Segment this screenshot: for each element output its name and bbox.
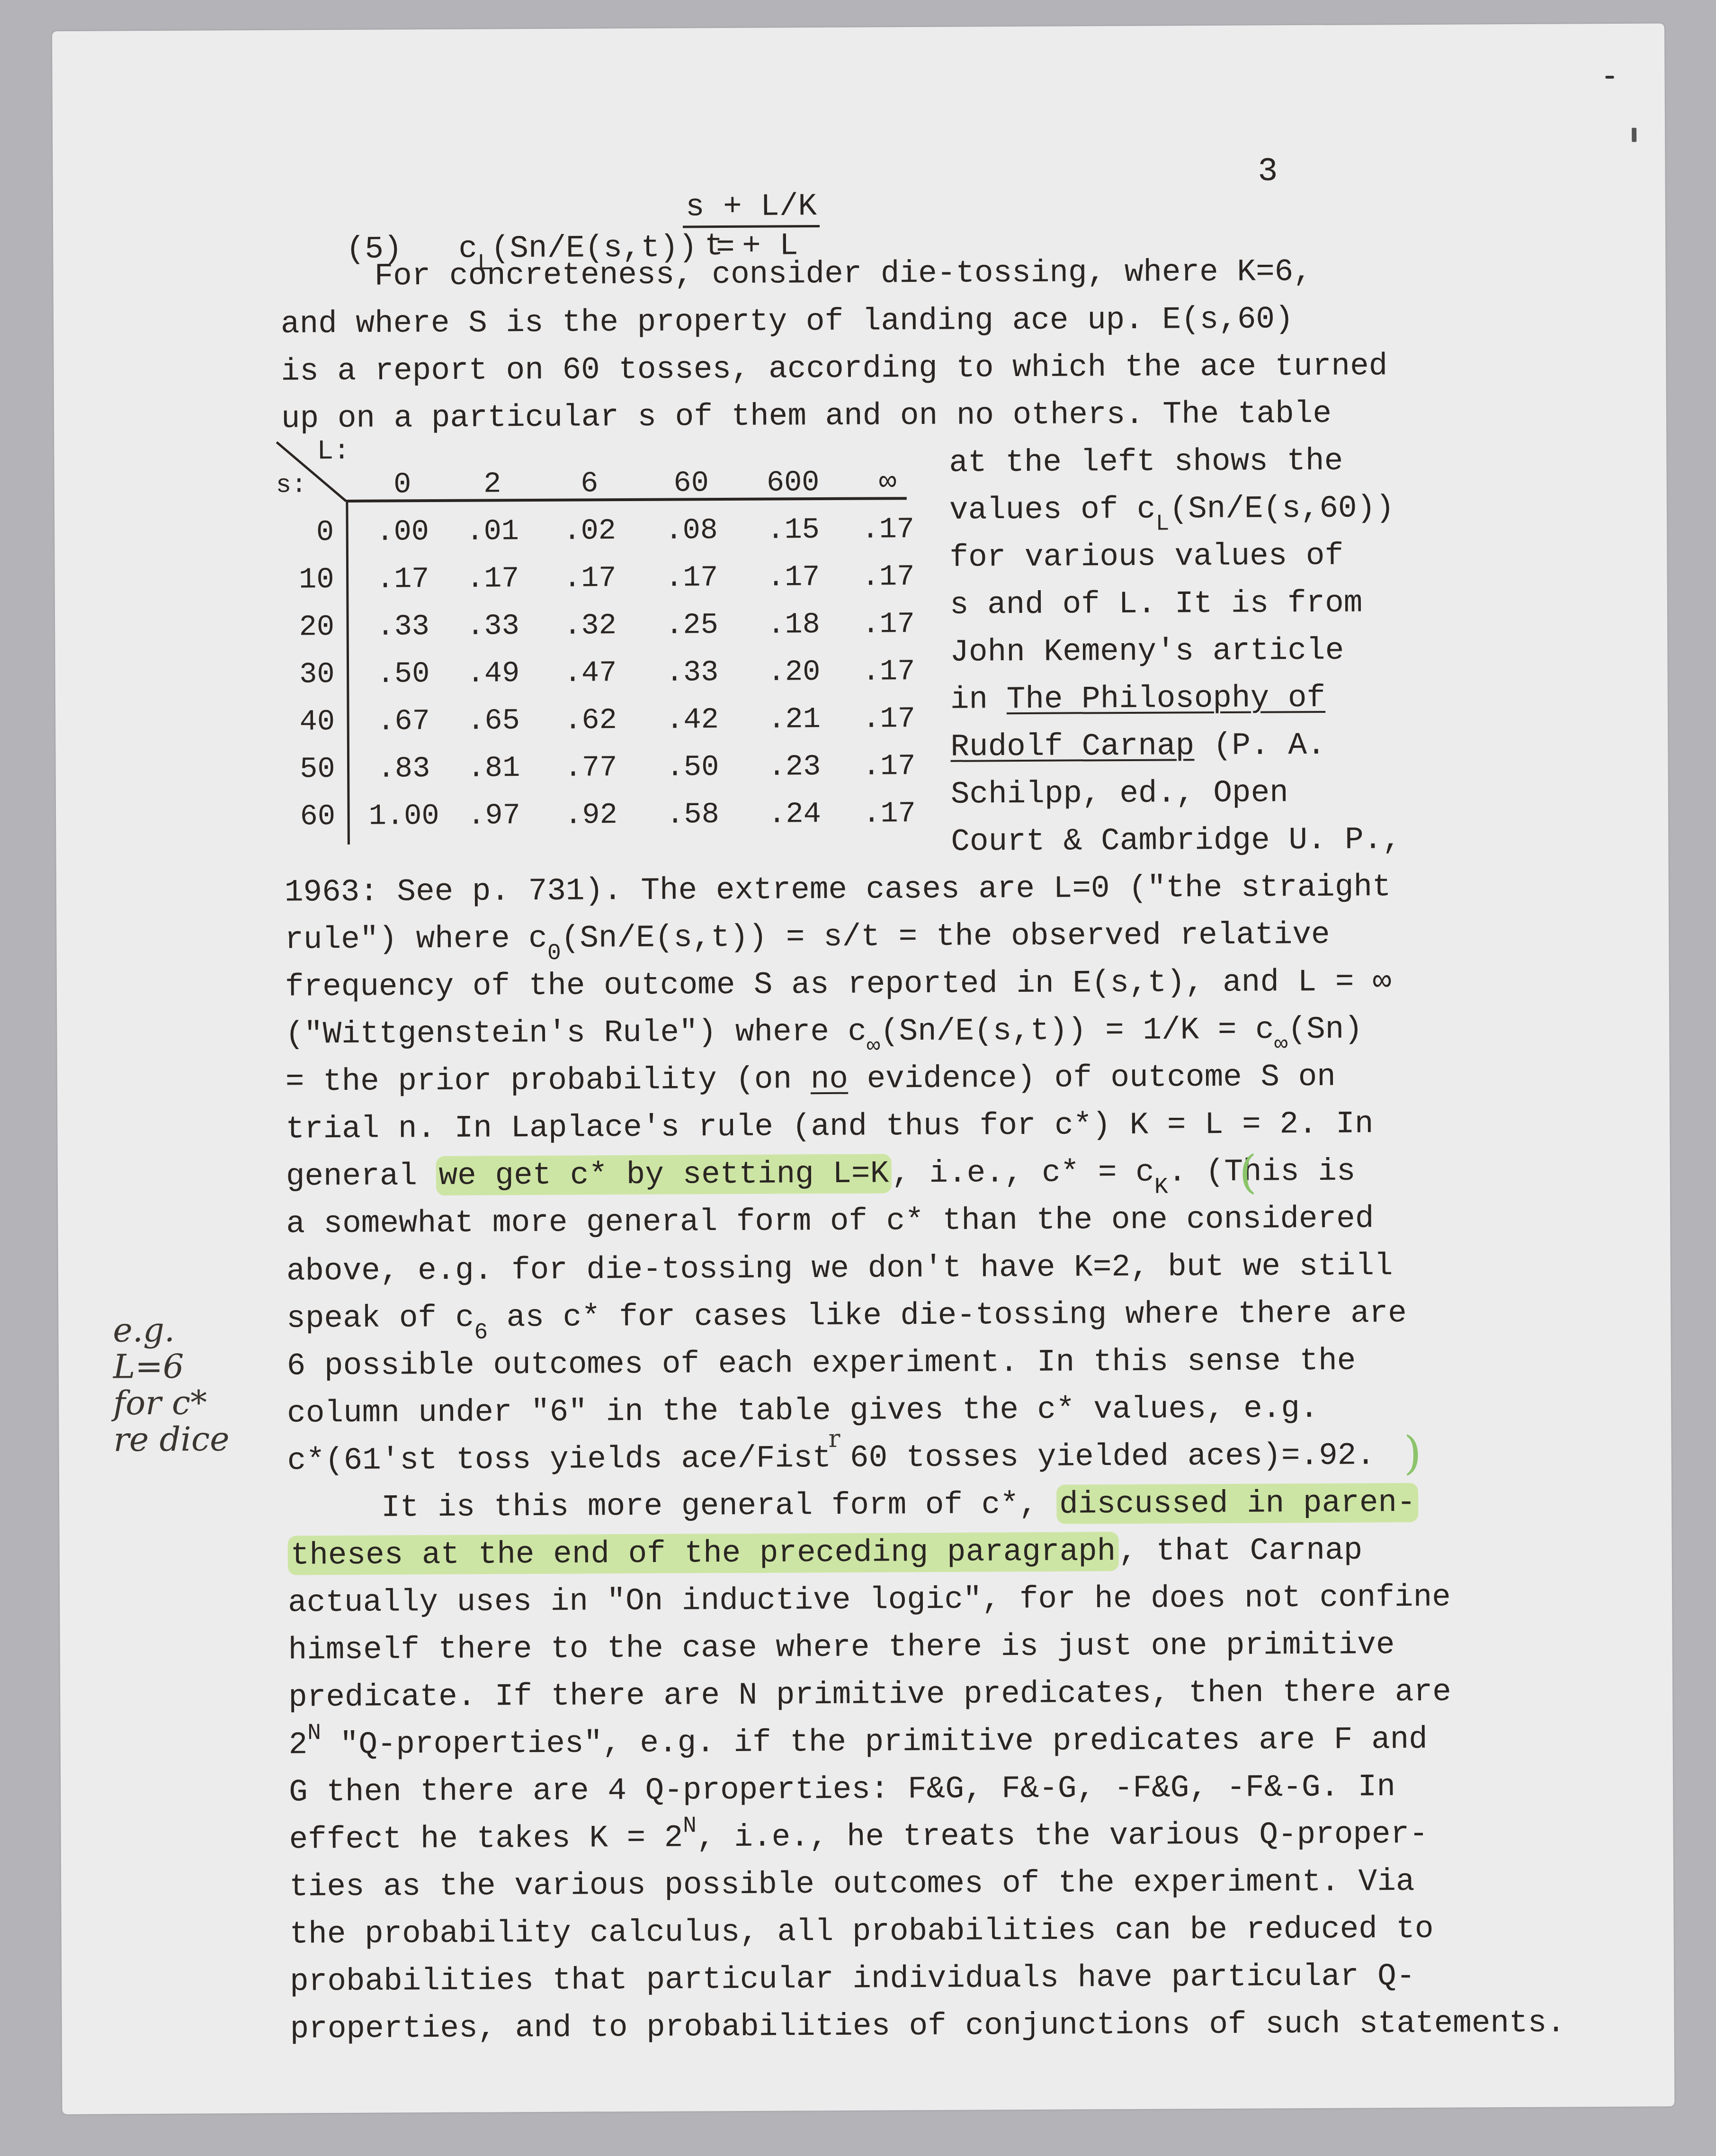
text-line: G then there are 4 Q-properties: F&G, F&… bbox=[289, 1771, 1395, 1808]
table-cell: .49 bbox=[448, 659, 538, 689]
table-corner-col-label: L: bbox=[317, 438, 350, 466]
table-row-label: 30 bbox=[273, 660, 334, 690]
table-cell: .20 bbox=[749, 657, 839, 687]
text-line: is a report on 60 tosses, according to w… bbox=[281, 350, 1387, 387]
table-cell: .50 bbox=[358, 659, 448, 689]
table-cell: .17 bbox=[843, 610, 933, 639]
highlight: theses at the end of the preceding parag… bbox=[288, 1532, 1119, 1575]
table-caption: at the left shows the values of cL(Sn/E(… bbox=[52, 23, 1664, 31]
text-line: For concreteness, consider die-tossing, … bbox=[280, 256, 1312, 293]
text-line: and where S is the property of landing a… bbox=[281, 304, 1294, 340]
table-cell: .32 bbox=[545, 611, 635, 641]
text-line: s and of L. It is from bbox=[950, 587, 1363, 620]
table-column-header: 6 bbox=[545, 469, 635, 499]
table-column-header: ∞ bbox=[843, 467, 933, 497]
table-cell: .62 bbox=[545, 706, 635, 736]
text-line: in The Philosophy of bbox=[950, 683, 1325, 716]
table-cell: .67 bbox=[358, 707, 448, 737]
page-number: 3 bbox=[1258, 153, 1278, 190]
paper-speck bbox=[1605, 76, 1614, 79]
text-line: the probability calculus, all probabilit… bbox=[289, 1913, 1433, 1950]
margin-note: e.g. L=6 for c* re dice bbox=[113, 1312, 229, 1458]
text-line: predicate. If there are N primitive pred… bbox=[288, 1677, 1451, 1714]
table-cell: .18 bbox=[749, 610, 839, 640]
paragraph-3: It is this more general form of c*, disc… bbox=[52, 23, 1664, 31]
text-line: It is this more general form of c*, disc… bbox=[287, 1487, 1419, 1524]
table-row-label: 50 bbox=[273, 755, 335, 784]
text-line: 2N "Q-properties", e.g. if the primitive… bbox=[289, 1724, 1428, 1761]
table-column-header: 2 bbox=[447, 469, 537, 499]
book-title: The Philosophy of bbox=[1007, 680, 1326, 717]
text-line: speak of c6 as c* for cases like die-tos… bbox=[286, 1298, 1407, 1335]
green-close-paren-mark: ) bbox=[1403, 1427, 1421, 1480]
table-cell: .33 bbox=[358, 612, 448, 642]
table-cell: .17 bbox=[844, 799, 934, 829]
table-cell: .47 bbox=[545, 658, 635, 688]
text-line: rule") where c0(Sn/E(s,t)) = s/t = the o… bbox=[285, 919, 1330, 956]
table-cell: .02 bbox=[545, 516, 635, 546]
staple-mark bbox=[1632, 128, 1636, 142]
table-cell: .92 bbox=[546, 800, 636, 830]
text-line: Schilpp, ed., Open bbox=[951, 777, 1288, 810]
text-line: frequency of the outcome S as reported i… bbox=[285, 966, 1392, 1003]
highlight: discussed in paren- bbox=[1056, 1483, 1419, 1524]
text-line: column under "6" in the table gives the … bbox=[287, 1393, 1319, 1429]
table-row-label: 20 bbox=[273, 612, 334, 642]
green-open-paren-mark: ( bbox=[1239, 1146, 1257, 1199]
table-cell: .17 bbox=[545, 564, 635, 593]
table-cell: .17 bbox=[843, 562, 933, 592]
table-row-label: 10 bbox=[273, 565, 334, 595]
table-cell: .17 bbox=[843, 515, 933, 545]
text-line: probabilities that particular individual… bbox=[290, 1961, 1415, 1998]
text-line: 6 possible outcomes of each experiment. … bbox=[287, 1346, 1356, 1382]
table-cell: .50 bbox=[647, 753, 737, 782]
table-cell: .17 bbox=[448, 564, 538, 594]
text-line: trial n. In Laplace's rule (and thus for… bbox=[286, 1108, 1373, 1145]
table-cell: .15 bbox=[748, 515, 838, 545]
table-row-label: 60 bbox=[274, 802, 335, 832]
text-line: general we get c* by setting L=K, i.e., … bbox=[286, 1156, 1356, 1193]
paragraph-2: 1963: See p. 731). The extreme cases are… bbox=[52, 23, 1664, 31]
table-cell: .97 bbox=[449, 801, 539, 831]
table-cell: .65 bbox=[448, 706, 538, 736]
text-line: values of cL(Sn/E(s,60)) bbox=[949, 493, 1394, 526]
text-line: effect he takes K = 2N, i.e., he treats … bbox=[289, 1819, 1429, 1856]
table-cell: .01 bbox=[447, 517, 537, 547]
table-column-header: 600 bbox=[748, 468, 838, 498]
table-cell: .17 bbox=[358, 565, 448, 594]
text-line: for various values of bbox=[949, 540, 1343, 574]
text-line: at the left shows the bbox=[949, 446, 1343, 479]
table-cell: .58 bbox=[648, 800, 738, 830]
fraction-numerator: s + L/K bbox=[683, 191, 820, 228]
table-cell: .08 bbox=[646, 516, 736, 546]
text-line: ties as the various possible outcomes of… bbox=[289, 1866, 1415, 1903]
table-cell: .33 bbox=[647, 658, 737, 688]
table-cell: .24 bbox=[750, 800, 840, 829]
table-cell: 1.00 bbox=[359, 801, 449, 831]
text-line: properties, and to probabilities of conj… bbox=[290, 2007, 1565, 2045]
text-line: 1963: See p. 731). The extreme cases are… bbox=[285, 871, 1391, 908]
book-title: Rudolf Carnap bbox=[950, 728, 1194, 765]
text-line: actually uses in "On inductive logic", f… bbox=[288, 1582, 1451, 1619]
table-cell: .23 bbox=[749, 752, 839, 782]
text-line: up on a particular s of them and on no o… bbox=[281, 398, 1332, 435]
table-cell: .42 bbox=[647, 705, 737, 735]
text-line: Court & Cambridge U. P., bbox=[951, 824, 1401, 858]
table-body: 02660600∞0.00.01.02.08.15.1710.17.17.17.… bbox=[52, 23, 1664, 31]
table-cell: .21 bbox=[749, 705, 839, 735]
paragraph-1: For concreteness, consider die-tossing, … bbox=[52, 23, 1664, 31]
text-line: above, e.g. for die-tossing we don't hav… bbox=[286, 1250, 1393, 1287]
table-cell: .17 bbox=[844, 752, 934, 782]
table-cell: .00 bbox=[357, 517, 447, 547]
text-line: himself there to the case where there is… bbox=[288, 1629, 1395, 1666]
table-cell: .17 bbox=[749, 563, 839, 593]
text-line: ("Wittgenstein's Rule") where c∞(Sn/E(s,… bbox=[285, 1014, 1363, 1050]
inserted-correction: r bbox=[828, 1425, 840, 1453]
table-cell: .33 bbox=[448, 611, 538, 641]
table-column-header: 0 bbox=[357, 470, 447, 500]
table-corner-row-label: s: bbox=[276, 473, 307, 498]
table-cell: .81 bbox=[448, 754, 538, 783]
table-column-header: 60 bbox=[646, 468, 736, 498]
text-line: theses at the end of the preceding parag… bbox=[288, 1535, 1363, 1572]
table-cell: .17 bbox=[844, 704, 934, 734]
text-line: = the prior probability (on no evidence)… bbox=[286, 1061, 1336, 1098]
text-line: John Kemeny's article bbox=[950, 635, 1344, 668]
highlight: we get c* by setting L=K bbox=[436, 1154, 892, 1195]
formula-fraction: s + L/K t + L bbox=[683, 191, 820, 262]
document-page: 3 (5) cL(Sn/E(s,t)) = s + L/K t + L For … bbox=[52, 23, 1674, 2114]
table-cell: .83 bbox=[358, 754, 448, 784]
table-cell: .17 bbox=[647, 563, 737, 593]
text-line: Rudolf Carnap (P. A. bbox=[950, 730, 1325, 763]
table-cell: .77 bbox=[545, 753, 635, 783]
table-cell: .25 bbox=[647, 611, 737, 640]
text-line: a somewhat more general form of c* than … bbox=[286, 1203, 1374, 1240]
table-row-label: 40 bbox=[273, 707, 335, 737]
table-row-label: 0 bbox=[272, 518, 334, 548]
table-cell: .17 bbox=[843, 657, 933, 687]
